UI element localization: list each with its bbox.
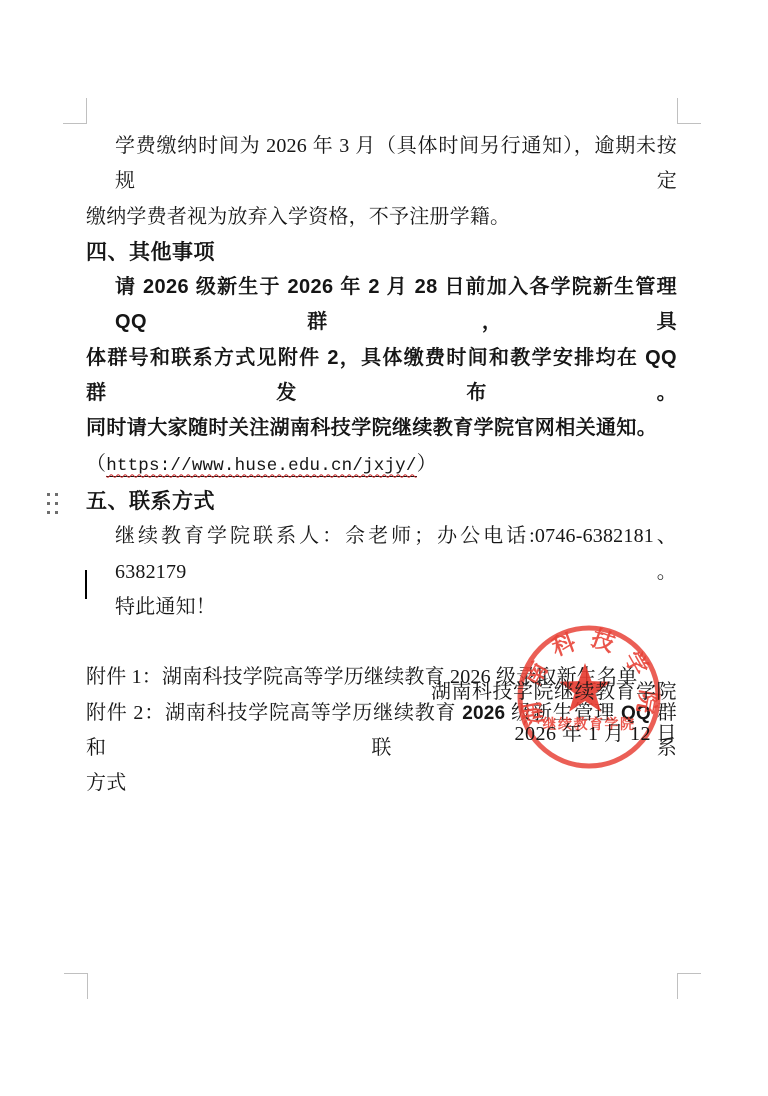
text-boundary-mark-bottom-left — [64, 973, 88, 999]
paragraph-tuition-line1: 学费缴纳时间为 2026 年 3 月（具体时间另行通知），逾期未按规定 — [86, 129, 677, 200]
website-link[interactable]: https://www.huse.edu.cn/jxjy/ — [106, 456, 416, 477]
notice-line: 特此通知！ — [86, 590, 677, 625]
signature-organization: 湖南科技学院继续教育学院 — [431, 671, 677, 713]
open-paren: （ — [86, 453, 106, 475]
section-heading-contact: 五、联系方式 — [86, 484, 677, 519]
signature-date: 2026 年 1 月 12 日 — [431, 713, 677, 755]
text-boundary-mark-bottom-right — [677, 973, 701, 999]
paragraph-qq-line3: 同时请大家随时关注湖南科技学院继续教育学院官网相关通知。 — [86, 411, 677, 446]
document-page: 学费缴纳时间为 2026 年 3 月（具体时间另行通知），逾期未按规定 缴纳学费… — [0, 0, 768, 1096]
text-boundary-mark-top-left — [63, 98, 87, 124]
contact-line: 继续教育学院联系人：佘老师；办公电话:0746-6382181、6382179。 — [86, 519, 677, 590]
attachment-2-text: 附件 2：湖南科技学院高等学历继续教育 — [86, 702, 462, 724]
object-anchor-handle[interactable] — [47, 493, 58, 514]
signature-block: 湖南科技学院继续教育学院 2026 年 1 月 12 日 — [431, 671, 677, 755]
text-boundary-mark-top-right — [677, 98, 701, 124]
text-cursor — [85, 570, 87, 599]
paragraph-qq-line2: 体群号和联系方式见附件 2，具体缴费时间和教学安排均在 QQ 群发布。 — [86, 341, 677, 412]
close-paren: ） — [417, 453, 437, 475]
paragraph-tuition-line2: 缴纳学费者视为放弃入学资格，不予注册学籍。 — [86, 200, 677, 235]
section-heading-other-matters: 四、其他事项 — [86, 235, 677, 270]
url-line: （https://www.huse.edu.cn/jxjy/） — [86, 447, 677, 484]
paragraph-qq-line1: 请 2026 级新生于 2026 年 2 月 28 日前加入各学院新生管理 QQ… — [86, 270, 677, 341]
